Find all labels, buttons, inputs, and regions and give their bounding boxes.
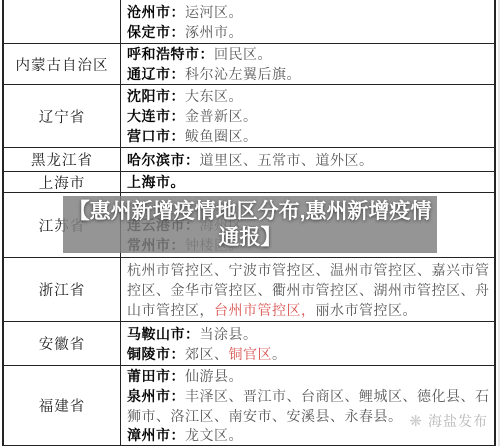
- detail-cell: 哈尔滨市：道里区、五常市、道外区。: [121, 148, 494, 171]
- district-list: 运河区。: [185, 4, 243, 20]
- city-name: 漳州市：: [127, 427, 185, 443]
- province-cell: 浙江省: [4, 258, 121, 321]
- city-name: 泉州市：: [127, 388, 185, 404]
- city-name: 铜陵市：: [127, 346, 185, 362]
- detail-cell: 呼和浩特市：回民区。 通辽市：科尔沁左翼后旗。: [121, 44, 494, 84]
- detail-line: 马鞍山市：当涂县。: [127, 324, 490, 344]
- district-list: 大东区。: [185, 88, 243, 104]
- province-cell: 黑龙江省: [4, 148, 121, 171]
- district-list: 涿州市。: [185, 24, 243, 40]
- city-name: 沧州市：: [127, 4, 185, 20]
- province-cell: 福建省: [4, 366, 121, 445]
- table-row: 浙江省 杭州市管控区、宁波市管控区、温州市管控区、嘉兴市管控区、金华市管控区、衢…: [4, 258, 494, 322]
- province-label: 黑龙江省: [31, 149, 93, 170]
- table-row: 辽宁省 沈阳市：大东区。 大连市：金普新区。 营口市：鲅鱼圈区。: [4, 85, 494, 148]
- province-label: 辽宁省: [39, 106, 86, 127]
- district-list: 道里区、五常市、道外区。: [200, 152, 374, 168]
- detail-line: 上海市。: [127, 172, 490, 192]
- detail-line: 杭州市管控区、宁波市管控区、温州市管控区、嘉兴市管控区、金华市管控区、衢州市管控…: [127, 260, 490, 320]
- district-list: 当涂县。: [200, 326, 258, 342]
- province-label: 内蒙古自治区: [16, 54, 109, 75]
- district-list: 郊区、: [185, 346, 229, 362]
- district-list: 鲅鱼圈区。: [185, 128, 258, 144]
- province-cell: 上海市: [4, 172, 121, 192]
- district-highlighted: 铜官区: [229, 346, 273, 362]
- detail-cell: 杭州市管控区、宁波市管控区、温州市管控区、嘉兴市管控区、金华市管控区、衢州市管控…: [121, 258, 494, 321]
- detail-cell: 马鞍山市：当涂县。 铜陵市：郊区、铜官区。: [121, 322, 494, 365]
- detail-line: 营口市：鲅鱼圈区。: [127, 126, 490, 146]
- detail-cell: 莆田市：仙游县。 泉州市：丰泽区、晋江市、台商区、鲤城区、德化县、石狮市、洛江区…: [121, 366, 494, 445]
- city-name: 沈阳市：: [127, 88, 185, 104]
- province-cell: 内蒙古自治区: [4, 44, 121, 84]
- detail-line: 铜陵市：郊区、铜官区。: [127, 344, 490, 364]
- city-name: 马鞍山市：: [127, 326, 200, 342]
- city-name: 哈尔滨市：: [127, 152, 200, 168]
- table-row: 安徽省 马鞍山市：当涂县。 铜陵市：郊区、铜官区。: [4, 322, 494, 366]
- district-list: 丽水市管控区。: [316, 302, 418, 318]
- city-name: 呼和浩特市：: [127, 46, 214, 62]
- city-name: 通辽市：: [127, 66, 185, 82]
- watermark: ❋ 海盐发布: [409, 411, 488, 431]
- table-row: 内蒙古自治区 呼和浩特市：回民区。 通辽市：科尔沁左翼后旗。: [4, 44, 494, 85]
- district-list: 仙游县。: [185, 368, 243, 384]
- detail-line: 大连市：金普新区。: [127, 106, 490, 126]
- detail-line: 保定市：涿州市。: [127, 22, 490, 42]
- province-label: 福建省: [39, 395, 86, 416]
- detail-line: 沧州市：运河区。: [127, 2, 490, 22]
- district-list: 科尔沁左翼后旗。: [185, 66, 301, 82]
- haiyan-logo-icon: ❋: [409, 414, 423, 429]
- detail-line: 哈尔滨市：道里区、五常市、道外区。: [127, 150, 490, 170]
- province-label: 上海市: [39, 172, 86, 192]
- table-row: 沧州市：运河区。 保定市：涿州市。: [4, 0, 494, 44]
- detail-line: 沈阳市：大东区。: [127, 86, 490, 106]
- city-name: 上海市。: [127, 174, 185, 190]
- province-cell: 安徽省: [4, 322, 121, 365]
- district-highlighted: 台州市管控区，: [214, 302, 316, 318]
- province-label: 浙江省: [39, 279, 86, 300]
- province-cell: 辽宁省: [4, 85, 121, 147]
- detail-line: 通辽市：科尔沁左翼后旗。: [127, 64, 490, 84]
- district-list: 。: [272, 346, 287, 362]
- city-name: 保定市：: [127, 24, 185, 40]
- province-cell: [4, 0, 121, 43]
- table-row: 上海市 上海市。: [4, 172, 494, 193]
- district-list: 回民区。: [214, 46, 272, 62]
- city-name: 莆田市：: [127, 368, 185, 384]
- district-list: 龙文区。: [185, 427, 243, 443]
- detail-line: 莆田市：仙游县。: [127, 366, 490, 386]
- district-list: 金普新区。: [185, 108, 258, 124]
- table-row: 福建省 莆田市：仙游县。 泉州市：丰泽区、晋江市、台商区、鲤城区、德化县、石狮市…: [4, 366, 494, 446]
- province-label: 安徽省: [39, 333, 86, 354]
- epidemic-caption-overlay: 【惠州新增疫情地区分布,惠州新增疫情通报】: [63, 196, 437, 253]
- detail-cell: 沈阳市：大东区。 大连市：金普新区。 营口市：鲅鱼圈区。: [121, 85, 494, 147]
- overlay-title: 【惠州新增疫情地区分布,惠州新增疫情通报】: [63, 199, 437, 251]
- detail-cell: 沧州市：运河区。 保定市：涿州市。: [121, 0, 494, 43]
- city-name: 大连市：: [127, 108, 185, 124]
- detail-line: 呼和浩特市：回民区。: [127, 44, 490, 64]
- detail-cell: 上海市。: [121, 172, 494, 192]
- table-row: 黑龙江省 哈尔滨市：道里区、五常市、道外区。: [4, 148, 494, 172]
- watermark-label: 海盐发布: [428, 411, 488, 431]
- city-name: 营口市：: [127, 128, 185, 144]
